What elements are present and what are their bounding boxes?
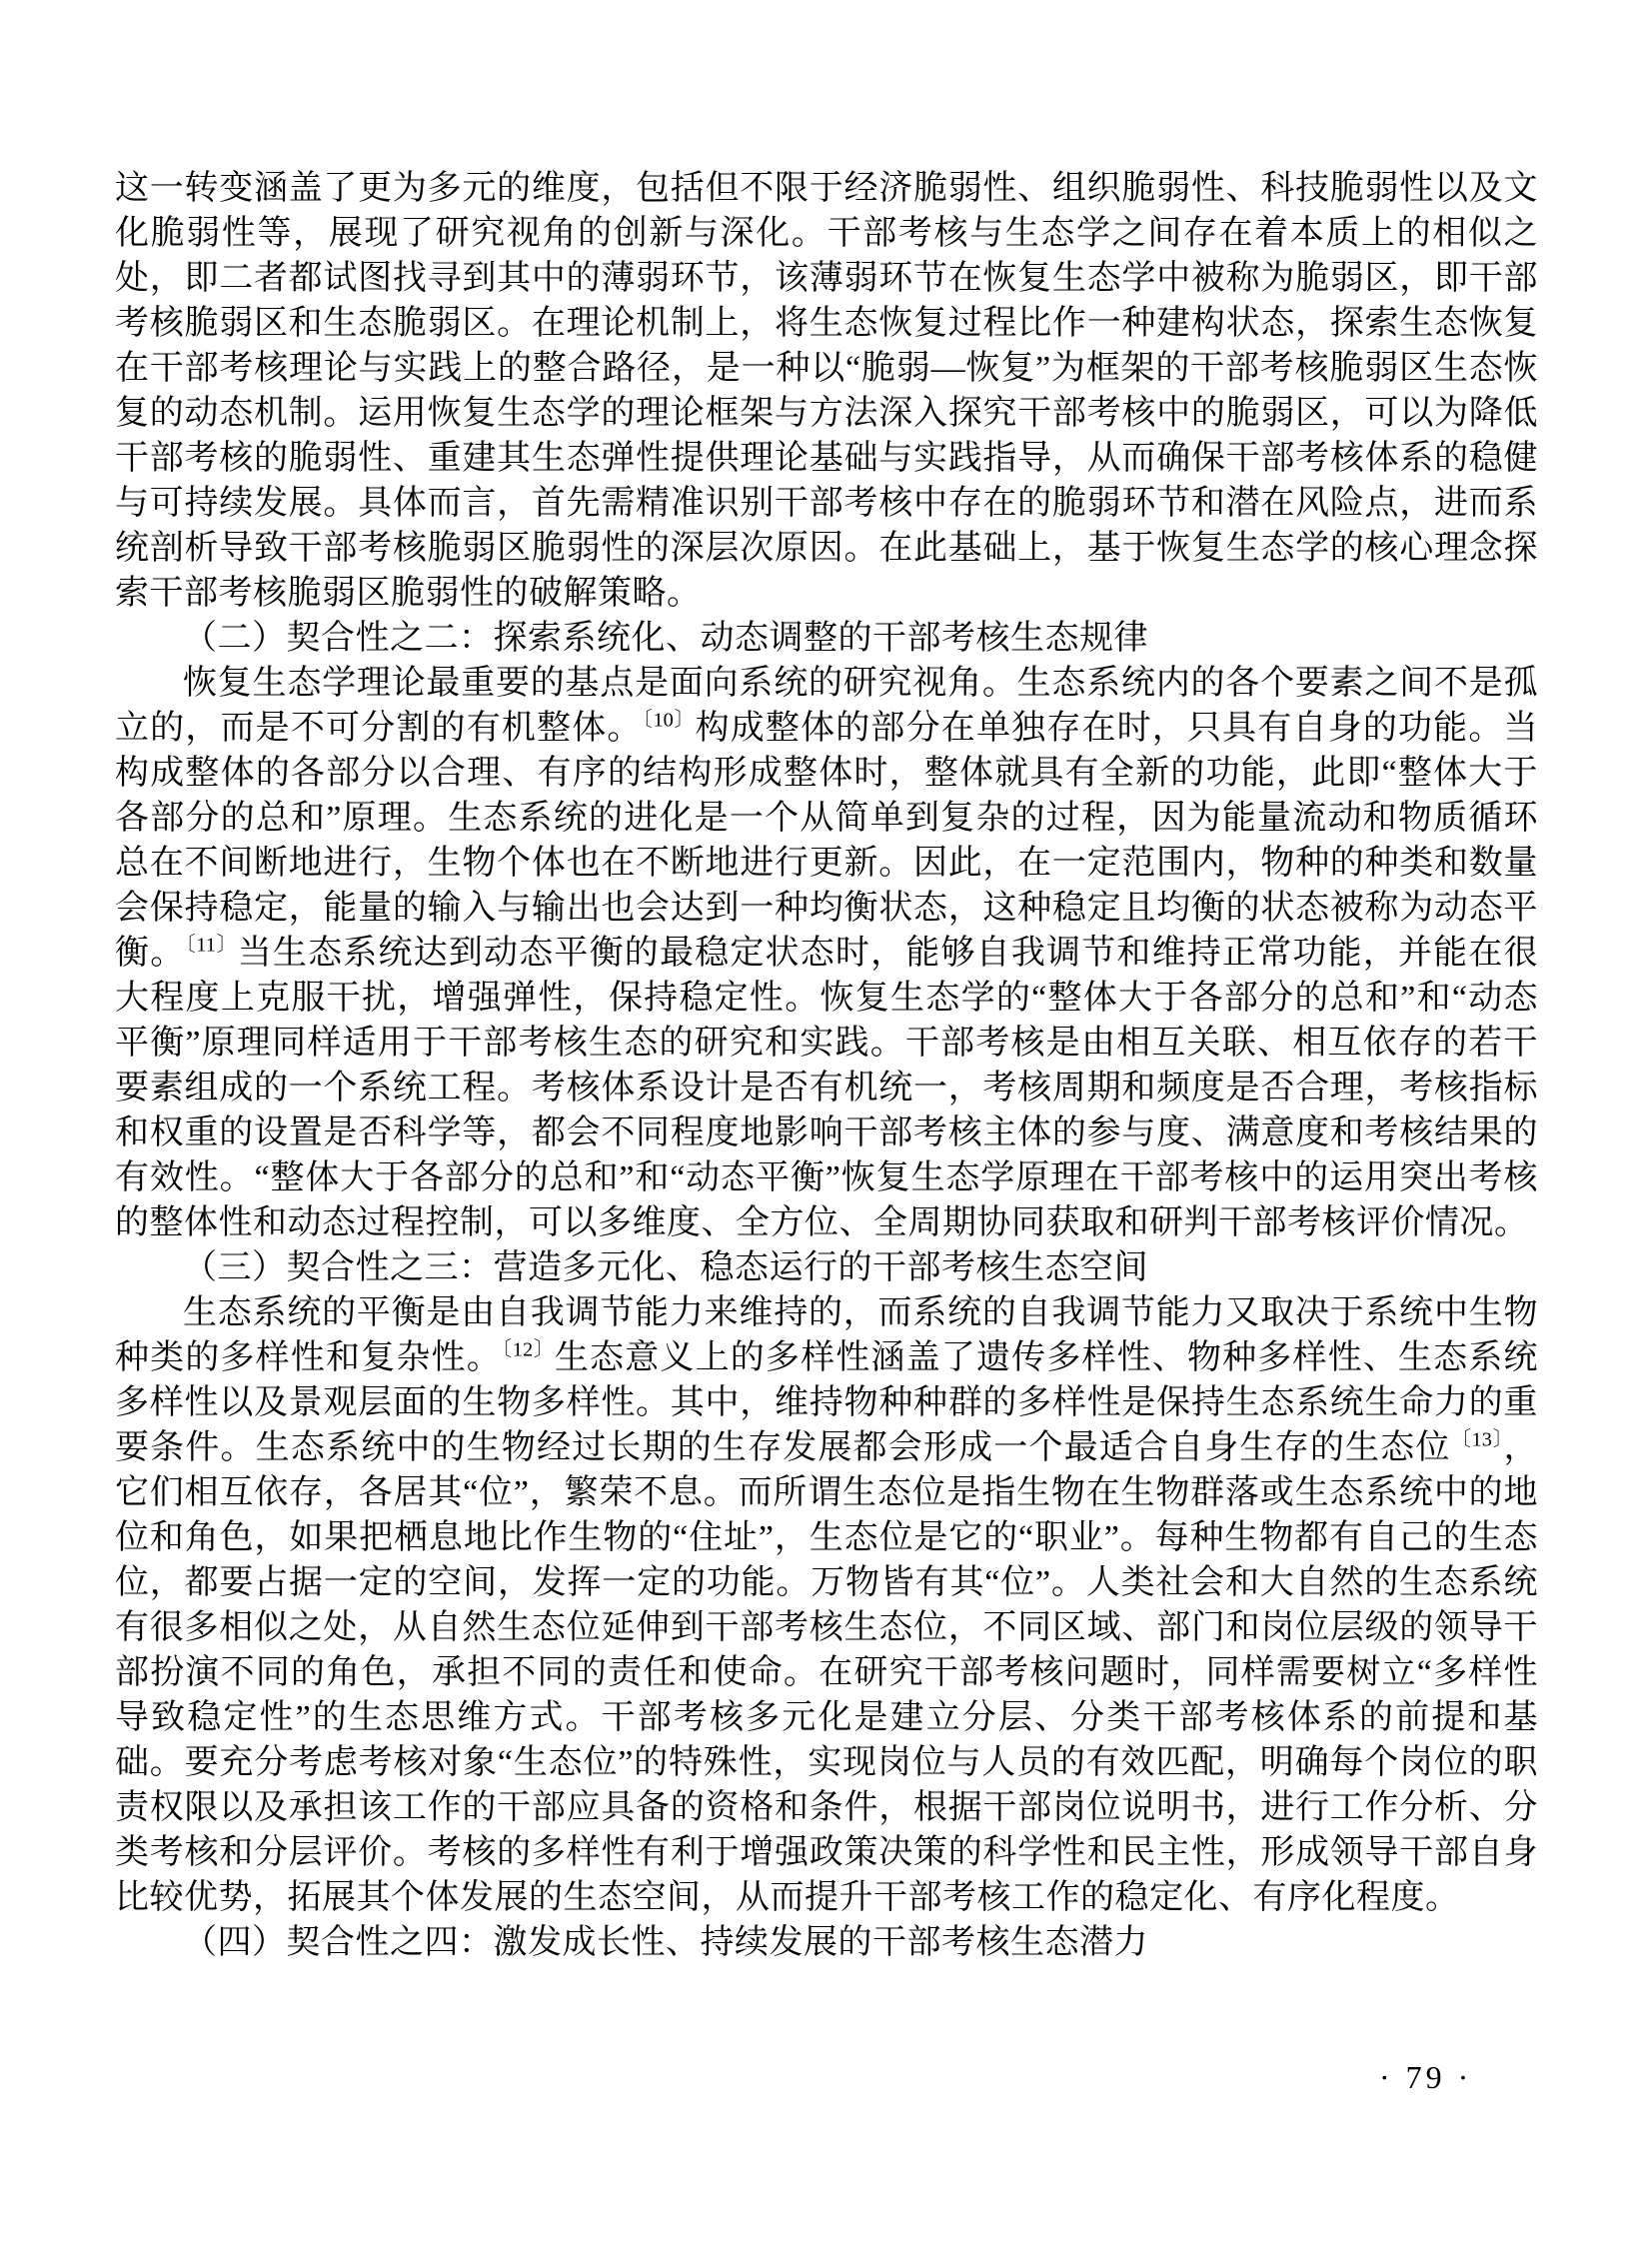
text-run: ，它们相互依存，各居其“位”，繁荣不息。而所谓生态位是指生物在生物群落或生态系统… <box>115 1429 1538 1916</box>
paragraph: 这一转变涵盖了更为多元的维度，包括但不限于经济脆弱性、组织脆弱性、科技脆弱性以及… <box>115 166 1538 616</box>
text-run: 这一转变涵盖了更为多元的维度，包括但不限于经济脆弱性、组织脆弱性、科技脆弱性以及… <box>115 170 1538 612</box>
page-number: · 79 · <box>1379 2059 1472 2095</box>
document-page: 这一转变涵盖了更为多元的维度，包括但不限于经济脆弱性、组织脆弱性、科技脆弱性以及… <box>0 0 1652 2243</box>
text-run: （三）契合性之三：营造多元化、稳态运行的干部考核生态空间 <box>183 1249 1148 1286</box>
paragraph: 生态系统的平衡是由自我调节能力来维持的，而系统的自我调节能力又取决于系统中生物种… <box>115 1290 1538 1920</box>
citation-marker: 〔12〕 <box>502 1339 555 1361</box>
text-run: 当生态系统达到动态平衡的最稳定状态时，能够自我调节和维持正常功能，并能在很大程度… <box>115 935 1538 1241</box>
section-heading: （三）契合性之三：营造多元化、稳态运行的干部考核生态空间 <box>115 1245 1538 1290</box>
text-run: 构成整体的部分在单独存在时，只具有自身的功能。当构成整体的各部分以合理、有序的结… <box>115 710 1538 972</box>
article-body: 这一转变涵盖了更为多元的维度，包括但不限于经济脆弱性、组织脆弱性、科技脆弱性以及… <box>115 166 1538 1965</box>
citation-marker: 〔13〕 <box>1451 1429 1504 1451</box>
citation-marker: 〔10〕 <box>643 710 696 732</box>
section-heading: （二）契合性之二：探索系统化、动态调整的干部考核生态规律 <box>115 616 1538 661</box>
citation-marker: 〔11〕 <box>185 935 237 957</box>
paragraph: 恢复生态学理论最重要的基点是面向系统的研究视角。生态系统内的各个要素之间不是孤立… <box>115 661 1538 1245</box>
text-run: （四）契合性之四：激发成长性、持续发展的干部考核生态潜力 <box>183 1924 1148 1961</box>
text-run: （二）契合性之二：探索系统化、动态调整的干部考核生态规律 <box>183 620 1148 657</box>
section-heading: （四）契合性之四：激发成长性、持续发展的干部考核生态潜力 <box>115 1920 1538 1965</box>
